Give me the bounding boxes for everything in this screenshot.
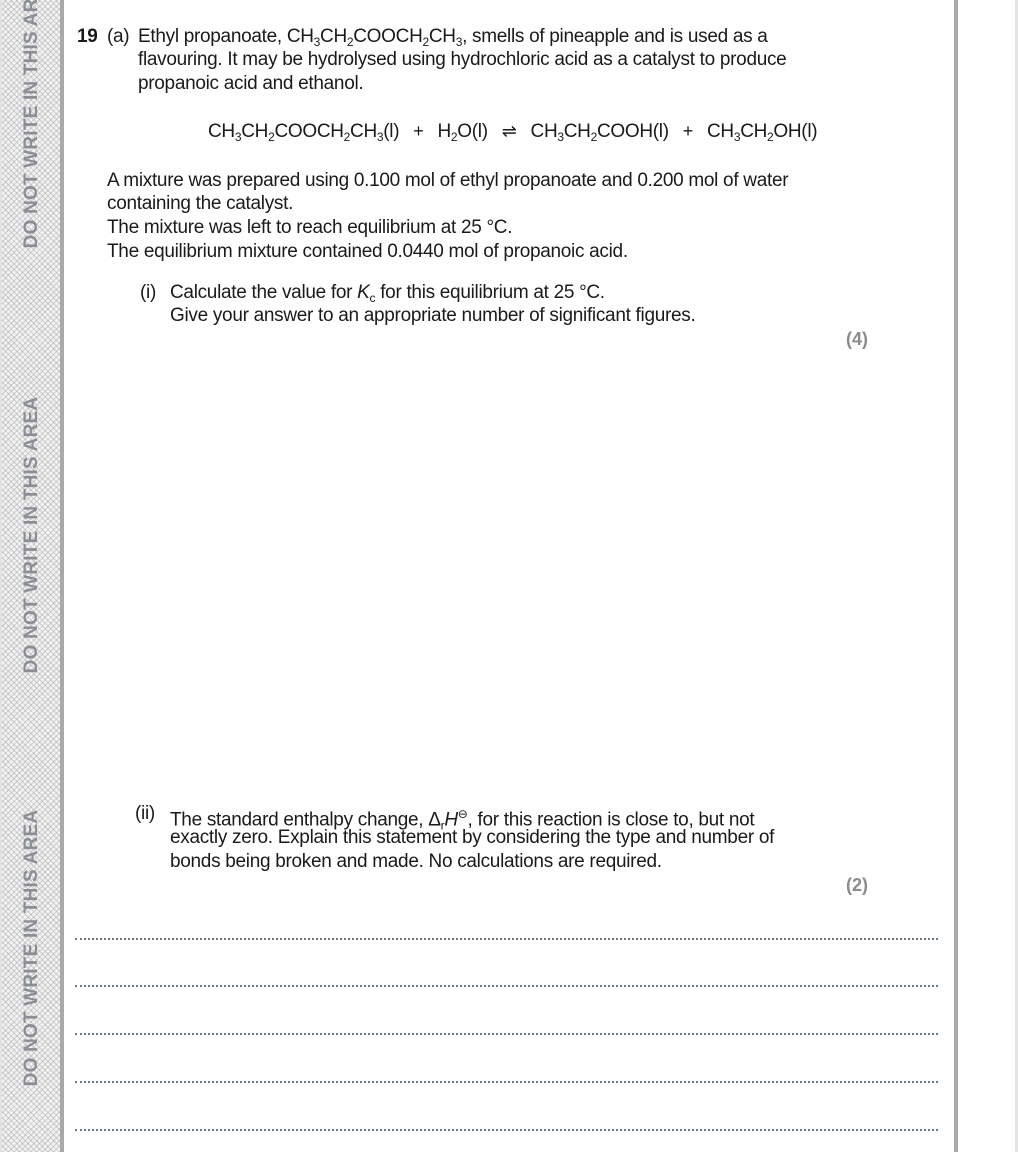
plus-sign: + [683, 121, 693, 141]
info-line-2: containing the catalyst. [107, 192, 293, 216]
intro-line-2: flavouring. It may be hydrolysed using h… [138, 48, 786, 72]
ester-formula: CH3CH2COOCH2CH3 [287, 26, 462, 47]
sub-i-line-2: Give your answer to an appropriate numbe… [170, 304, 695, 328]
part-a-label: (a) [107, 25, 129, 49]
sub-ii-line-2: exactly zero. Explain this statement by … [170, 826, 774, 850]
product-ethanol: CH3CH2OH(l) [707, 121, 817, 142]
intro-line-3: propanoic acid and ethanol. [138, 72, 363, 96]
margin-warning-top: DO NOT WRITE IN THIS AREA [21, 0, 43, 248]
answer-line[interactable] [75, 985, 938, 987]
answer-line[interactable] [75, 1033, 938, 1035]
answer-line[interactable] [75, 938, 938, 940]
question-number: 19 [77, 25, 98, 49]
margin-warning-middle: DO NOT WRITE IN THIS AREA [21, 397, 43, 674]
marks-sub-ii: (2) [846, 875, 868, 896]
reactant-ester: CH3CH2COOCH2CH3(l) [208, 121, 399, 142]
sub-ii-label: (ii) [135, 802, 155, 826]
intro-line-1: Ethyl propanoate, CH3CH2COOCH2CH3, smell… [138, 25, 768, 49]
equilibrium-arrow-icon: ⇌ [502, 121, 517, 141]
standard-state-icon: ⊖ [458, 807, 468, 821]
equilibrium-equation: CH3CH2COOCH2CH3(l)+H2O(l)⇌CH3CH2COOH(l)+… [208, 121, 817, 143]
left-border-rule [60, 0, 64, 1152]
sub-i-line-1: Calculate the value for Kc for this equi… [170, 281, 605, 305]
answer-line[interactable] [75, 1129, 938, 1131]
sub-i-label: (i) [140, 281, 156, 305]
margin-warning-bottom: DO NOT WRITE IN THIS AREA [21, 810, 43, 1087]
margin-strip: DO NOT WRITE IN THIS AREA DO NOT WRITE I… [0, 0, 60, 1152]
info-line-4: The equilibrium mixture contained 0.0440… [107, 240, 628, 264]
right-border-rule [954, 0, 958, 1152]
marks-sub-i: (4) [846, 329, 868, 350]
answer-line[interactable] [75, 1081, 938, 1083]
info-line-3: The mixture was left to reach equilibriu… [107, 216, 512, 240]
sub-ii-line-3: bonds being broken and made. No calculat… [170, 850, 662, 874]
product-propanoic-acid: CH3CH2COOH(l) [531, 121, 669, 142]
plus-sign: + [413, 121, 423, 141]
info-line-1: A mixture was prepared using 0.100 mol o… [107, 169, 788, 193]
reactant-water: H2O(l) [437, 121, 487, 142]
